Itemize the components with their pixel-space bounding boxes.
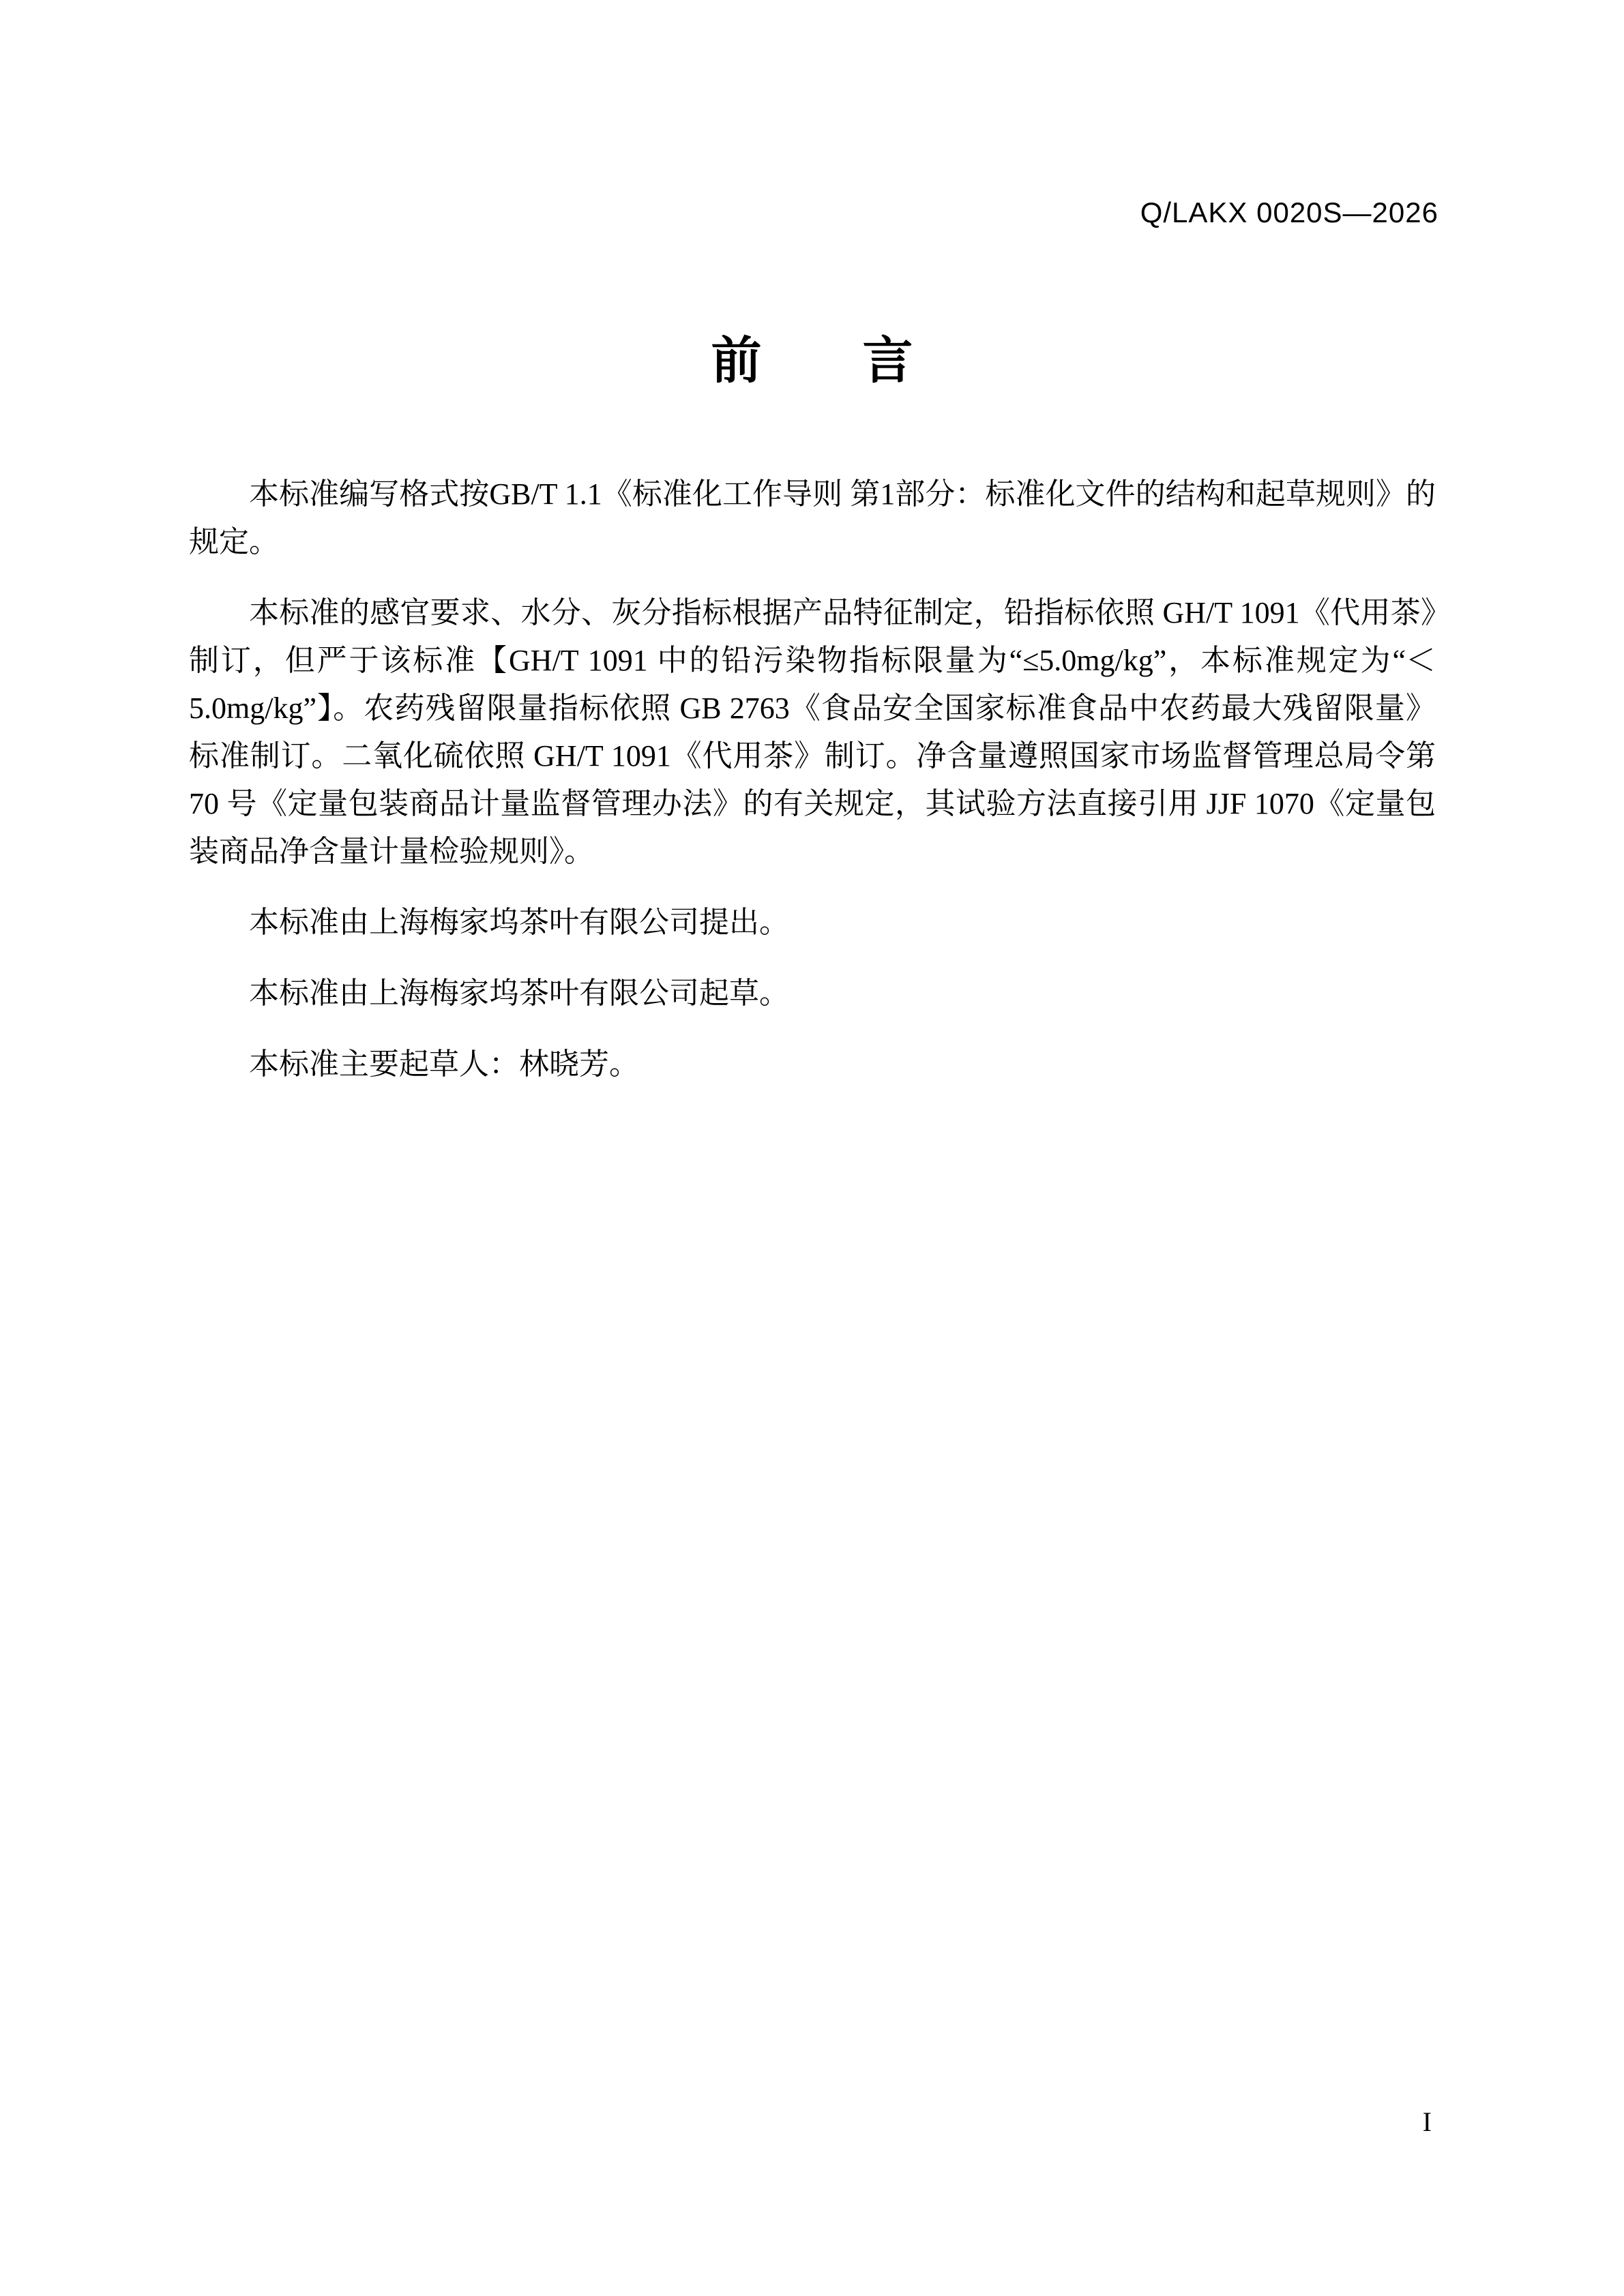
foreword-body: 本标准编写格式按GB/T 1.1《标准化工作导则 第1部分：标准化文件的结构和起…: [189, 471, 1436, 1112]
page-number: I: [1423, 2106, 1432, 2138]
paragraph-main-drafter: 本标准主要起草人：林晓芳。: [189, 1041, 1436, 1088]
paragraph-indicator-basis: 本标准的感官要求、水分、灰分指标根据产品特征制定，铅指标依照 GH/T 1091…: [189, 589, 1436, 876]
standard-number: Q/LAKX 0020S—2026: [1140, 196, 1438, 229]
page-title: 前 言: [0, 320, 1624, 393]
paragraph-proposed-by: 本标准由上海梅家坞茶叶有限公司提出。: [189, 899, 1436, 946]
paragraph-editing-rules: 本标准编写格式按GB/T 1.1《标准化工作导则 第1部分：标准化文件的结构和起…: [189, 471, 1436, 566]
paragraph-drafted-by: 本标准由上海梅家坞茶叶有限公司起草。: [189, 970, 1436, 1017]
document-page: Q/LAKX 0020S—2026 前 言 本标准编写格式按GB/T 1.1《标…: [0, 0, 1624, 2296]
